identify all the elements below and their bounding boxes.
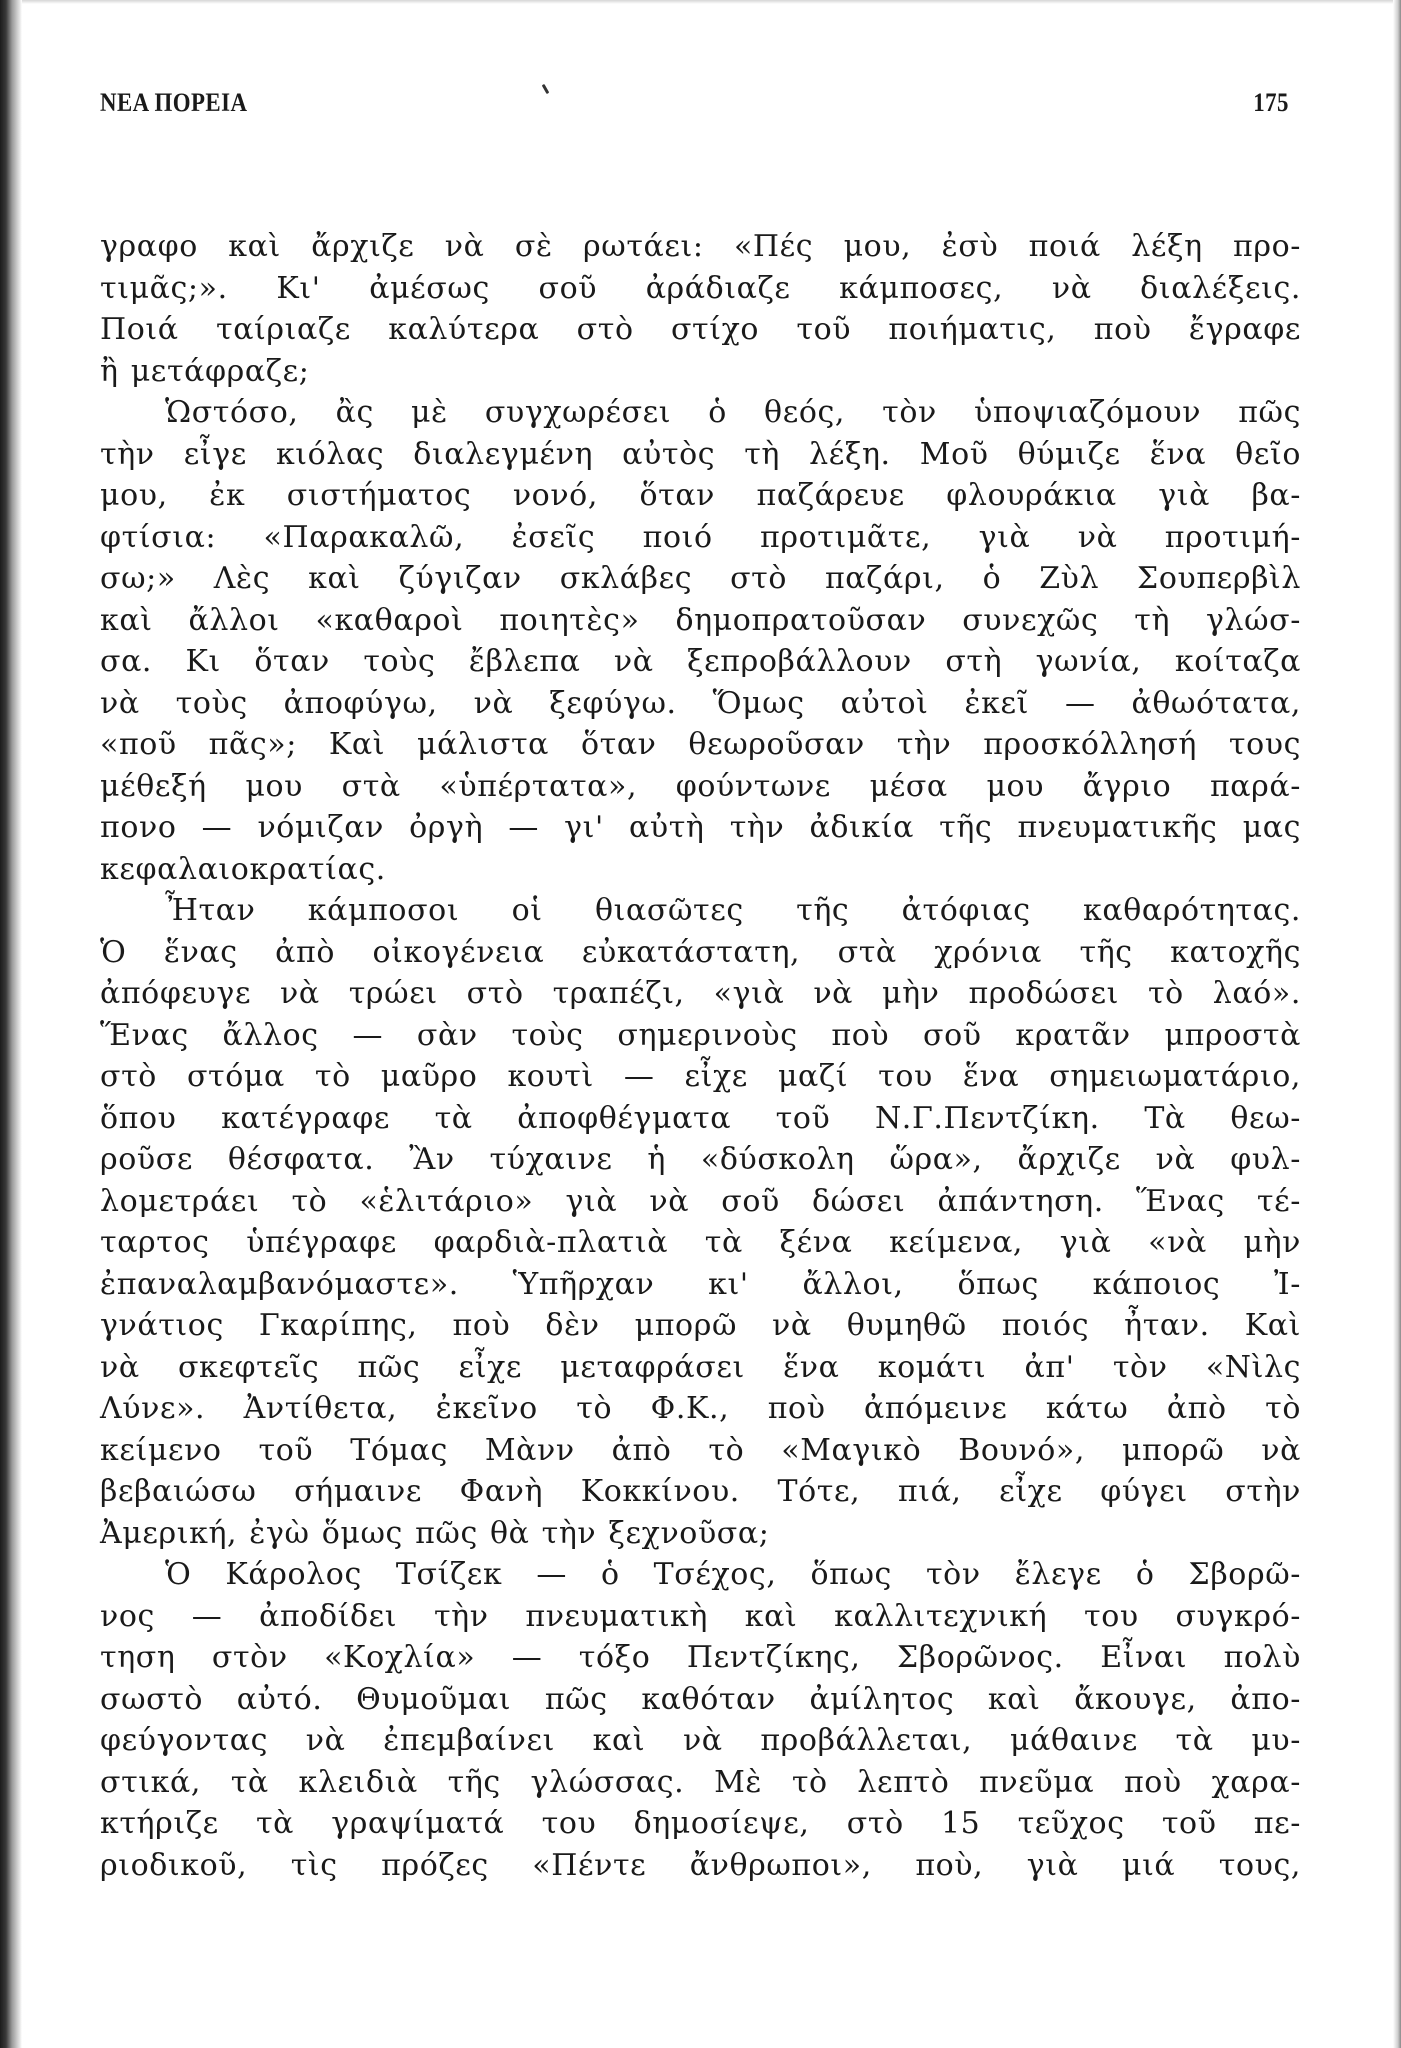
text-line: ριοδικοῦ, τὶς πρόζες «Πέντε ἄνθρωποι», π…	[100, 1845, 1301, 1887]
text-line: Ὁ Κάρολος Τσίζεκ — ὁ Τσέχος, ὅπως τὸν ἔλ…	[100, 1554, 1301, 1596]
text-line: καὶ ἄλλοι «καθαροὶ ποιητὲς» δημοπρατοῦσα…	[100, 600, 1301, 642]
text-line: τὴν εἶγε κιόλας διαλεγμένη αὐτὸς τὴ λέξη…	[100, 434, 1301, 476]
text-line: Λύνε». Ἀντίθετα, ἐκεῖνο τὸ Φ.Κ., ποὺ ἀπό…	[100, 1388, 1301, 1430]
text-line: Ἀμερική, ἐγὼ ὅμως πῶς θὰ τὴν ξεχνοῦσα;	[100, 1513, 1301, 1555]
text-line: πονο — νόμιζαν ὀργὴ — γι' αὐτὴ τὴν ἀδικί…	[100, 807, 1301, 849]
text-line: κεφαλαιοκρατίας.	[100, 849, 1301, 891]
text-line: γνάτιος Γκαρίπης, ποὺ δὲν μπορῶ νὰ θυμηθ…	[100, 1305, 1301, 1347]
text-line: ἀπόφευγε νὰ τρώει στὸ τραπέζι, «γιὰ νὰ μ…	[100, 973, 1301, 1015]
text-line: μου, ἐκ σιστήματος νονό, ὅταν παζάρευε φ…	[100, 475, 1301, 517]
text-line: νὰ τοὺς ἀποφύγω, νὰ ξεφύγω. Ὅμως αὐτοὶ ἐ…	[100, 683, 1301, 725]
text-line: ροῦσε θέσφατα. Ἂν τύχαινε ἡ «δύσκολη ὥρα…	[100, 1139, 1301, 1181]
page-number: 175	[1253, 88, 1289, 118]
text-line: ταρτος ὑπέγραφε φαρδιὰ-πλατιὰ τὰ ξένα κε…	[100, 1222, 1301, 1264]
text-line: ἐπαναλαμβανόμαστε». Ὑπῆρχαν κι' ἄλλοι, ὅ…	[100, 1264, 1301, 1306]
text-line: Ἕνας ἄλλος — σὰν τοὺς σημερινοὺς ποὺ σοῦ…	[100, 1015, 1301, 1057]
text-line: στικά, τὰ κλειδιὰ τῆς γλώσσας. Μὲ τὸ λεπ…	[100, 1762, 1301, 1804]
body-text: γραφο καὶ ἄρχιζε νὰ σὲ ρωτάει: «Πές μου,…	[100, 226, 1301, 1886]
text-line: φεύγοντας νὰ ἐπεμβαίνει καὶ νὰ προβάλλετ…	[100, 1720, 1301, 1762]
running-title: ΝΕΑ ΠΟΡΕΙΑ	[100, 88, 247, 118]
text-line: γραφο καὶ ἄρχιζε νὰ σὲ ρωτάει: «Πές μου,…	[100, 226, 1301, 268]
text-line: σω;» Λὲς καὶ ζύγιζαν σκλάβες στὸ παζάρι,…	[100, 558, 1301, 600]
text-line: Ὁ ἕνας ἀπὸ οἰκογένεια εὐκατάστατη, στὰ χ…	[100, 932, 1301, 974]
text-line: σωστὸ αὐτό. Θυμοῦμαι πῶς καθόταν ἀμίλητο…	[100, 1679, 1301, 1721]
text-line: Ποιά ταίριαζε καλύτερα στὸ στίχο τοῦ ποι…	[100, 309, 1301, 351]
text-line: μέθεξή μου στὰ «ὑπέρτατα», φούντωνε μέσα…	[100, 766, 1301, 808]
page-edge-right	[1393, 0, 1401, 2048]
text-line: νὰ σκεφτεῖς πῶς εἶχε μεταφράσει ἕνα κομά…	[100, 1347, 1301, 1389]
text-line: ἢ μετάφραζε;	[100, 351, 1301, 393]
text-line: σα. Κι ὅταν τοὺς ἔβλεπα νὰ ξεπροβάλλουν …	[100, 641, 1301, 683]
page-edge-top	[0, 0, 1401, 4]
text-line: κτήριζε τὰ γραψίματά του δημοσίεψε, στὸ …	[100, 1803, 1301, 1845]
text-line: κείμενο τοῦ Τόμας Μὰνν ἀπὸ τὸ «Μαγικὸ Βο…	[100, 1430, 1301, 1472]
text-line: λομετράει τὸ «ἑλιτάριο» γιὰ νὰ σοῦ δώσει…	[100, 1181, 1301, 1223]
text-line: βεβαιώσω σήμαινε Φανὴ Κοκκίνου. Τότε, πι…	[100, 1471, 1301, 1513]
text-line: στὸ στόμα τὸ μαῦρο κουτὶ — εἶχε μαζί του…	[100, 1056, 1301, 1098]
text-line: φτίσια: «Παρακαλῶ, ἐσεῖς ποιό προτιμᾶτε,…	[100, 517, 1301, 559]
text-line: τηση στὸν «Κοχλία» — τόξο Πεντζίκης, Σβο…	[100, 1637, 1301, 1679]
text-line: Ὡστόσο, ἂς μὲ συγχωρέσει ὁ θεός, τὸν ὑπο…	[100, 392, 1301, 434]
text-line: ὅπου κατέγραφε τὰ ἀποφθέγματα τοῦ Ν.Γ.Πε…	[100, 1098, 1301, 1140]
text-line: Ἦταν κάμποσοι οἱ θιασῶτες τῆς ἀτόφιας κα…	[100, 890, 1301, 932]
running-header: ΝΕΑ ΠΟΡΕΙΑ 175	[100, 88, 1157, 128]
text-line: νος — ἀποδίδει τὴν πνευματικὴ καὶ καλλιτ…	[100, 1596, 1301, 1638]
page-binding-shadow	[0, 0, 22, 2048]
text-line: «ποῦ πᾶς»; Καὶ μάλιστα ὅταν θεωροῦσαν τὴ…	[100, 724, 1301, 766]
text-line: τιμᾶς;». Κι' ἀμέσως σοῦ ἀράδιαζε κάμποσε…	[100, 268, 1301, 310]
